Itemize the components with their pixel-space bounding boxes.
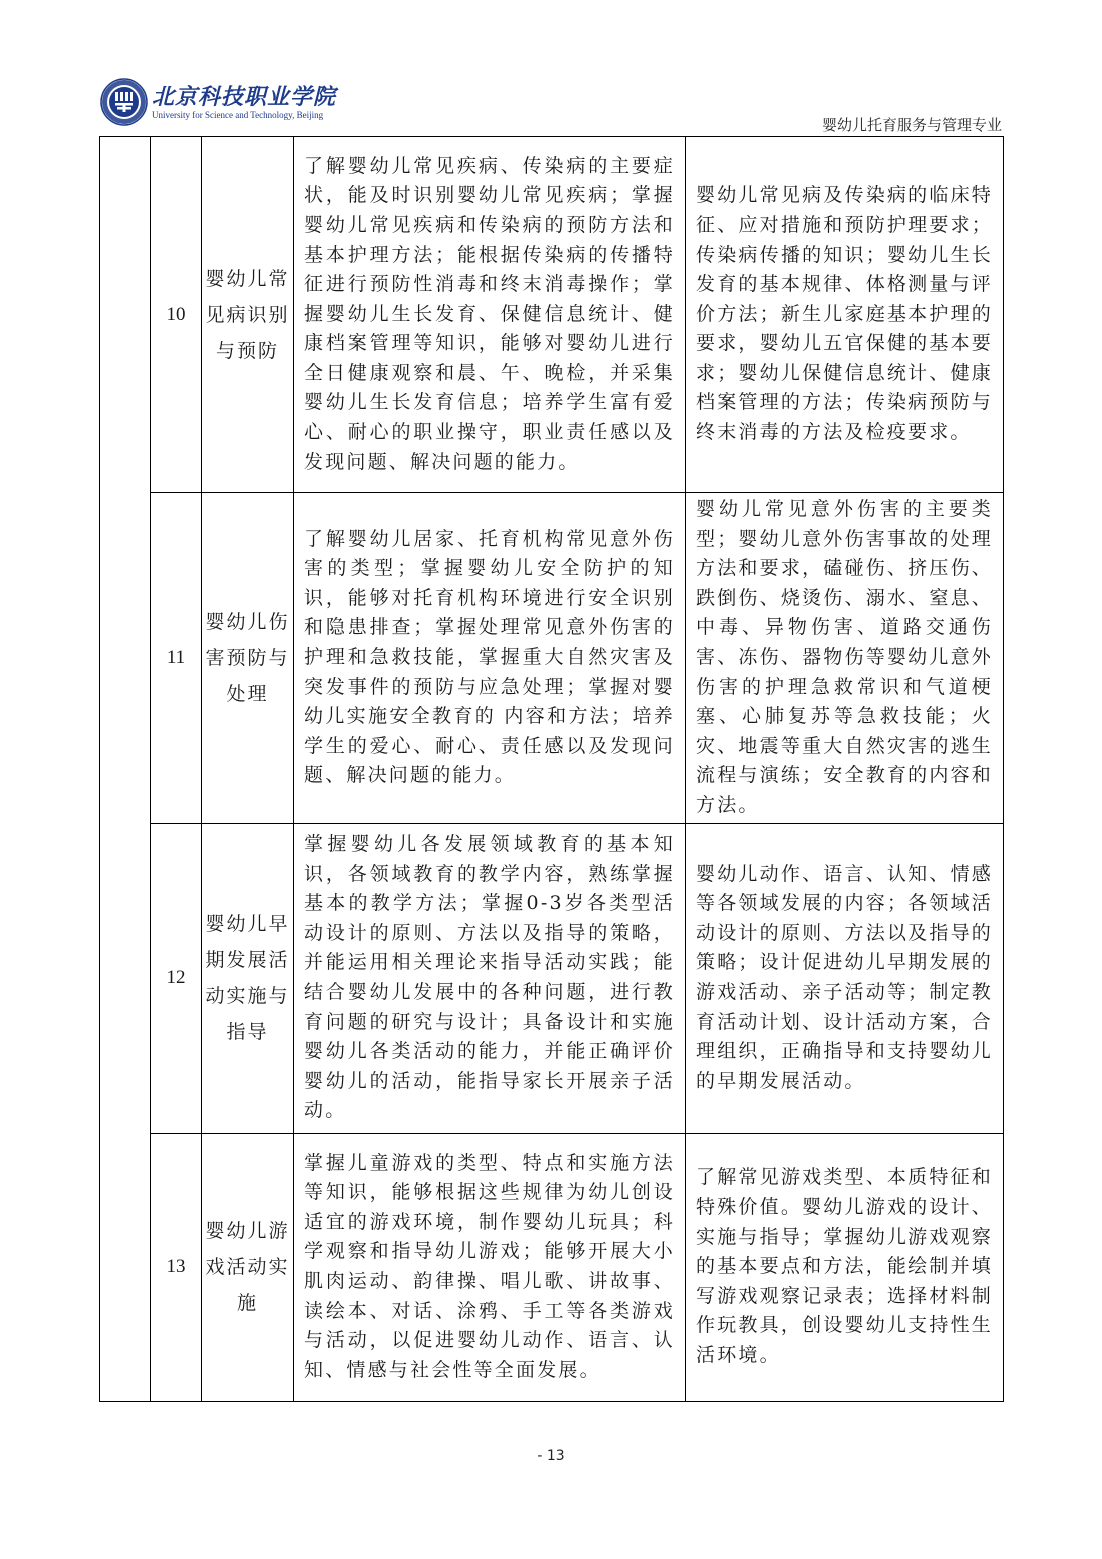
course-number: 11 <box>151 493 202 824</box>
school-name-cn: 北京科技职业学院 <box>152 80 336 111</box>
table-row: 10 婴幼儿常见病识别与预防 了解婴幼儿常见疾病、传染病的主要症状，能及时识别婴… <box>100 137 1004 493</box>
course-number: 12 <box>151 823 202 1133</box>
course-content: 婴幼儿动作、语言、认知、情感等各领域发展的内容；各领域活动设计的原则、方法以及指… <box>686 823 1004 1133</box>
course-name: 婴幼儿常见病识别与预防 <box>202 137 294 493</box>
category-cell <box>100 137 151 1402</box>
course-goal: 了解婴幼儿居家、托育机构常见意外伤害的类型；掌握婴幼儿安全防护的知识，能够对托育… <box>294 493 686 824</box>
table-row: 12 婴幼儿早期发展活动实施与指导 掌握婴幼儿各发展领域教育的基本知识，各领域教… <box>100 823 1004 1133</box>
course-number: 10 <box>151 137 202 493</box>
course-name: 婴幼儿伤害预防与处理 <box>202 493 294 824</box>
course-name: 婴幼儿早期发展活动实施与指导 <box>202 823 294 1133</box>
school-name-en: University for Science and Technology, B… <box>152 110 323 120</box>
course-goal: 掌握婴幼儿各发展领域教育的基本知识，各领域教育的教学内容，熟练掌握基本的教学方法… <box>294 823 686 1133</box>
course-goal: 了解婴幼儿常见疾病、传染病的主要症状，能及时识别婴幼儿常见疾病；掌握婴幼儿常见疾… <box>294 137 686 493</box>
page-number: - 13 <box>0 1448 1102 1464</box>
school-seal-icon <box>100 78 148 126</box>
curriculum-table: 10 婴幼儿常见病识别与预防 了解婴幼儿常见疾病、传染病的主要症状，能及时识别婴… <box>99 136 1004 1402</box>
course-goal: 掌握儿童游戏的类型、特点和实施方法等知识，能够根据这些规律为幼儿创设适宜的游戏环… <box>294 1133 686 1401</box>
table-row: 11 婴幼儿伤害预防与处理 了解婴幼儿居家、托育机构常见意外伤害的类型；掌握婴幼… <box>100 493 1004 824</box>
page-header: 北京科技职业学院 University for Science and Tech… <box>98 76 1004 132</box>
major-title: 婴幼儿托育服务与管理专业 <box>822 114 1002 135</box>
course-content: 婴幼儿常见病及传染病的临床特征、应对措施和预防护理要求；传染病传播的知识；婴幼儿… <box>686 137 1004 493</box>
course-content: 婴幼儿常见意外伤害的主要类型；婴幼儿意外伤害事故的处理方法和要求，磕碰伤、挤压伤… <box>686 493 1004 824</box>
course-number: 13 <box>151 1133 202 1401</box>
course-content: 了解常见游戏类型、本质特征和特殊价值。婴幼儿游戏的设计、实施与指导；掌握幼儿游戏… <box>686 1133 1004 1401</box>
table-row: 13 婴幼儿游戏活动实施 掌握儿童游戏的类型、特点和实施方法等知识，能够根据这些… <box>100 1133 1004 1401</box>
course-name: 婴幼儿游戏活动实施 <box>202 1133 294 1401</box>
